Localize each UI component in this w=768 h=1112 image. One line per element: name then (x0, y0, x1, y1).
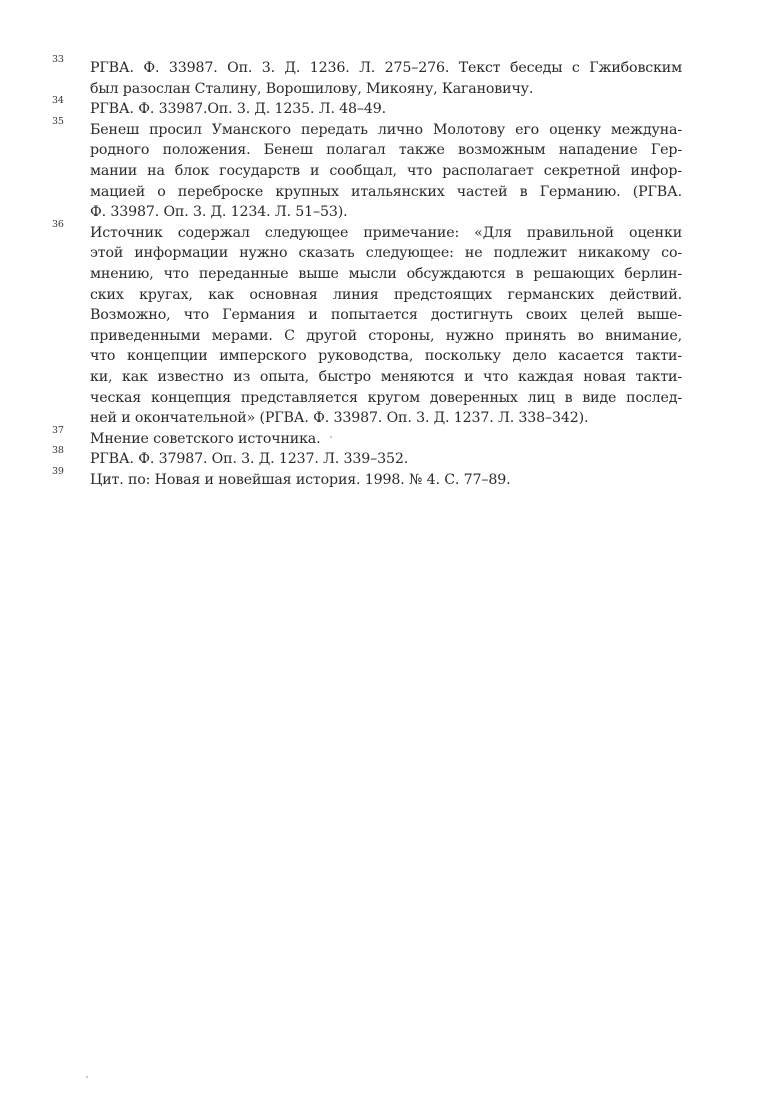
footnote-number: 39 (52, 466, 64, 478)
footnote-text: РГВА. Ф. 37987. Оп. 3. Д. 1237. Л. 339–3… (90, 449, 682, 470)
footnote-line: Бенеш просил Уманского передать лично Мо… (90, 120, 682, 141)
footnote-line: был разослан Сталину, Ворошилову, Микоян… (90, 79, 682, 100)
footnote-line: ки, как известно из опыта, быстро меняют… (90, 367, 682, 388)
footnote-line: этой информации нужно сказать следующее:… (90, 243, 682, 264)
footnote-text: Цит. по: Новая и новейшая история. 1998.… (90, 470, 682, 491)
scan-speck (86, 1076, 88, 1078)
footnote-text: Источник содержал следующее примечание: … (90, 223, 682, 429)
footnote-text: РГВА. Ф. 33987. Оп. 3. Д. 1236. Л. 275–2… (90, 58, 682, 99)
footnote-line: что концепции имперского руководства, по… (90, 346, 682, 367)
footnote-number: 33 (52, 54, 64, 66)
footnote-line: РГВА. Ф. 33987.Оп. 3. Д. 1235. Л. 48–49. (90, 99, 682, 120)
book-page: 33РГВА. Ф. 33987. Оп. 3. Д. 1236. Л. 275… (0, 0, 768, 1112)
footnote-39: 39Цит. по: Новая и новейшая история. 199… (52, 470, 682, 491)
footnote-line: приведенными мерами. С другой стороны, н… (90, 326, 682, 347)
footnote-number: 35 (52, 116, 64, 128)
footnote-text: Мнение советского источника. (90, 429, 682, 450)
footnote-line: РГВА. Ф. 37987. Оп. 3. Д. 1237. Л. 339–3… (90, 449, 682, 470)
footnote-line: мнению, что переданные выше мысли обсужд… (90, 264, 682, 285)
footnote-33: 33РГВА. Ф. 33987. Оп. 3. Д. 1236. Л. 275… (52, 58, 682, 99)
footnote-number: 37 (52, 425, 64, 437)
footnote-line: мацией о переброске крупных итальянских … (90, 182, 682, 203)
footnote-number: 38 (52, 445, 64, 457)
footnote-line: ческая концепция представляется кругом д… (90, 388, 682, 409)
footnote-line: ских кругах, как основная линия предстоя… (90, 285, 682, 306)
footnote-line: Источник содержал следующее примечание: … (90, 223, 682, 244)
footnote-number: 34 (52, 95, 64, 107)
footnote-line: Мнение советского источника. (90, 429, 682, 450)
footnotes-list: 33РГВА. Ф. 33987. Оп. 3. Д. 1236. Л. 275… (52, 58, 682, 490)
footnote-text: РГВА. Ф. 33987.Оп. 3. Д. 1235. Л. 48–49. (90, 99, 682, 120)
footnote-35: 35Бенеш просил Уманского передать лично … (52, 120, 682, 223)
footnote-line: Цит. по: Новая и новейшая история. 1998.… (90, 470, 682, 491)
footnote-line: Ф. 33987. Оп. 3. Д. 1234. Л. 51–53). (90, 202, 682, 223)
footnote-line: мании на блок государств и сообщал, что … (90, 161, 682, 182)
footnote-36: 36Источник содержал следующее примечание… (52, 223, 682, 429)
footnote-number: 36 (52, 219, 64, 231)
scan-speck (330, 436, 332, 438)
footnote-text: Бенеш просил Уманского передать лично Мо… (90, 120, 682, 223)
footnote-line: Возможно, что Германия и попытается дост… (90, 305, 682, 326)
footnote-line: РГВА. Ф. 33987. Оп. 3. Д. 1236. Л. 275–2… (90, 58, 682, 79)
footnote-line: ней и окончательной» (РГВА. Ф. 33987. Оп… (90, 408, 682, 429)
footnote-34: 34РГВА. Ф. 33987.Оп. 3. Д. 1235. Л. 48–4… (52, 99, 682, 120)
footnote-38: 38РГВА. Ф. 37987. Оп. 3. Д. 1237. Л. 339… (52, 449, 682, 470)
footnote-line: родного положения. Бенеш полагал также в… (90, 140, 682, 161)
footnote-37: 37Мнение советского источника. (52, 429, 682, 450)
